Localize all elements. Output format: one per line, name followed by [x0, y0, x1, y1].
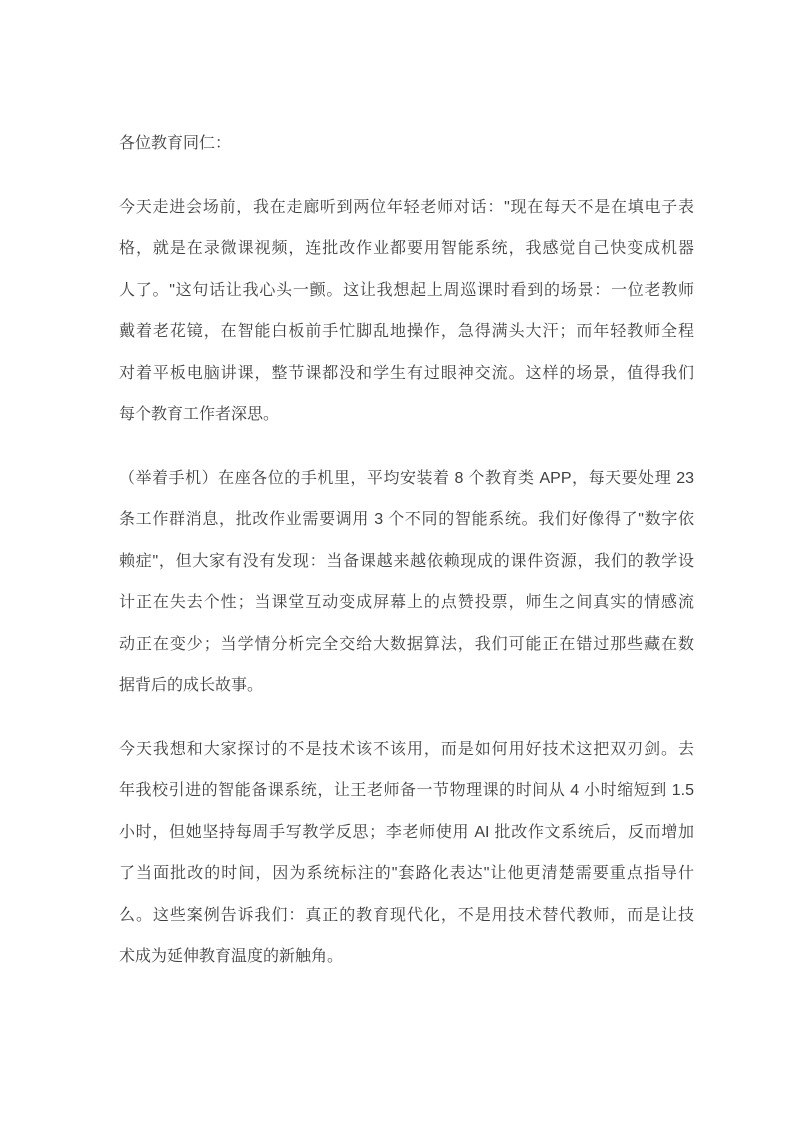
paragraph-3: 今天我想和大家探讨的不是技术该不该用，而是如何用好技术这把双刃剑。去 年我校引进… — [119, 729, 694, 978]
text-line: 了当面批改的时间，因为系统标注的"套路化表达"让他更清楚需要重点指导什 — [119, 853, 694, 895]
text-line: 条工作群消息，批改作业需要调用 3 个不同的智能系统。我们好像得了"数字依 — [119, 499, 694, 541]
text-line: 么。这些案例告诉我们：真正的教育现代化，不是用技术替代教师，而是让技 — [119, 895, 694, 937]
text-line: （举着手机）在座各位的手机里，平均安装着 8 个教育类 APP，每天要处理 23 — [119, 458, 694, 500]
salutation-line: 各位教育同仁： — [119, 123, 694, 165]
text-line: 戴着老花镜，在智能白板前手忙脚乱地操作，急得满头大汗；而年轻教师全程 — [119, 311, 694, 353]
text-line: 动正在变少；当学情分析完全交给大数据算法，我们可能正在错过那些藏在数 — [119, 624, 694, 666]
document-page: 各位教育同仁： 今天走进会场前，我在走廊听到两位年轻老师对话："现在每天不是在填… — [0, 0, 793, 1122]
text-line: 今天走进会场前，我在走廊听到两位年轻老师对话："现在每天不是在填电子表 — [119, 187, 694, 229]
text-line: 赖症"，但大家有没有发现：当备课越来越依赖现成的课件资源，我们的教学设 — [119, 541, 694, 583]
salutation-paragraph: 各位教育同仁： — [119, 123, 694, 165]
text-line: 年我校引进的智能备课系统，让王老师备一节物理课的时间从 4 小时缩短到 1.5 — [119, 770, 694, 812]
text-line: 术成为延伸教育温度的新触角。 — [119, 936, 694, 978]
text-line: 今天我想和大家探讨的不是技术该不该用，而是如何用好技术这把双刃剑。去 — [119, 729, 694, 771]
text-line: 计正在失去个性；当课堂互动变成屏幕上的点赞投票，师生之间真实的情感流 — [119, 582, 694, 624]
text-line: 据背后的成长故事。 — [119, 665, 694, 707]
paragraph-1: 今天走进会场前，我在走廊听到两位年轻老师对话："现在每天不是在填电子表 格，就是… — [119, 187, 694, 436]
text-line: 小时，但她坚持每周手写教学反思；李老师使用 AI 批改作文系统后，反而增加 — [119, 812, 694, 854]
text-line: 格，就是在录微课视频，连批改作业都要用智能系统，我感觉自己快变成机器 — [119, 228, 694, 270]
paragraph-2: （举着手机）在座各位的手机里，平均安装着 8 个教育类 APP，每天要处理 23… — [119, 458, 694, 707]
text-line: 人了。"这句话让我心头一颤。这让我想起上周巡课时看到的场景：一位老教师 — [119, 270, 694, 312]
speech-body: 各位教育同仁： 今天走进会场前，我在走廊听到两位年轻老师对话："现在每天不是在填… — [119, 123, 694, 1000]
text-line: 对着平板电脑讲课，整节课都没和学生有过眼神交流。这样的场景，值得我们 — [119, 353, 694, 395]
text-line: 每个教育工作者深思。 — [119, 394, 694, 436]
